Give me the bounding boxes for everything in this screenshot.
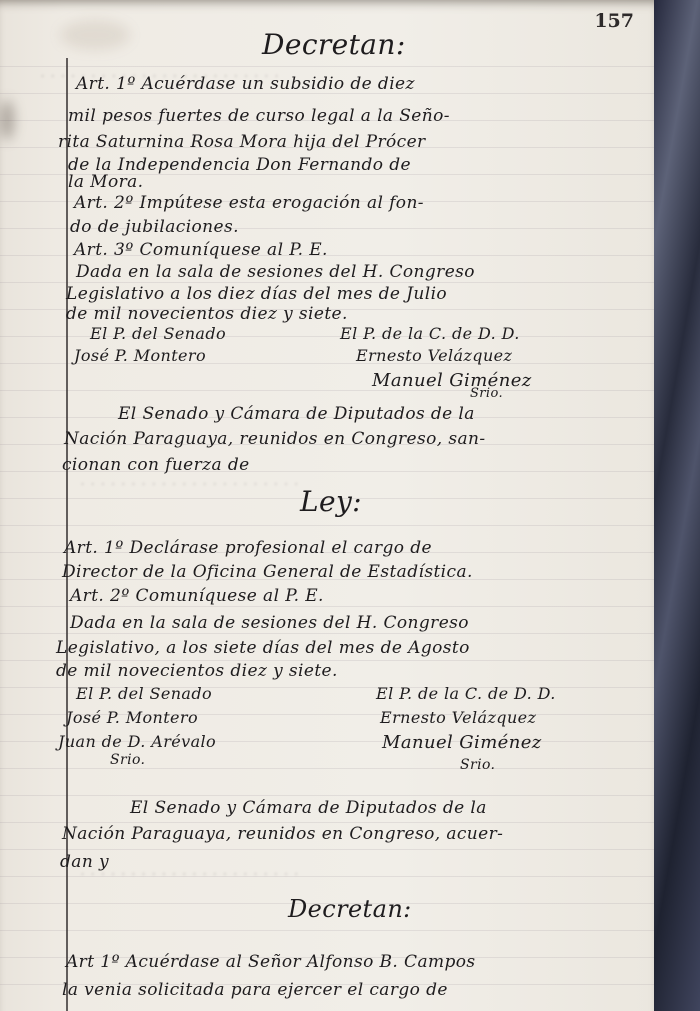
ledger-page: . . . . . . . . . . . . . . . . . . . . … [0, 0, 654, 1011]
signature-title: El P. del Senado [90, 324, 226, 343]
text-line: Legislativo a los diez días del mes de J… [66, 284, 447, 304]
preamble-line: Nación Paraguaya, reunidos en Congreso, … [64, 429, 486, 449]
section2-heading: Ley: [300, 485, 362, 518]
text-line: Art. 1º Declárase profesional el cargo d… [64, 538, 432, 558]
stain [60, 20, 130, 50]
text-line: Art. 1º Acuérdase un subsidio de diez [76, 74, 415, 94]
section3-heading: Decretan: [288, 895, 412, 923]
preamble-line: dan y [60, 852, 109, 872]
text-line: la venia solicitada para ejercer el carg… [62, 980, 448, 1000]
signature-name: José P. Montero [66, 708, 198, 727]
text-line: Director de la Oficina General de Estadí… [62, 562, 473, 582]
text-line: la Mora. [68, 172, 143, 192]
signature-title: El P. de la C. de D. D. [376, 684, 556, 703]
signature-name: Manuel Giménez [372, 370, 532, 391]
text-line: Art. 2º Comuníquese al P. E. [70, 586, 324, 606]
text-line: de mil novecientos diez y siete. [66, 304, 348, 324]
signature-title: Srio. [110, 752, 145, 768]
signature-title: Srio. [460, 757, 495, 773]
text-line: Art 1º Acuérdase al Señor Alfonso B. Cam… [66, 952, 476, 972]
text-line: Dada en la sala de sesiones del H. Congr… [76, 262, 475, 282]
signature-name: Manuel Giménez [382, 732, 542, 753]
page-number: 157 [594, 10, 634, 32]
signature-name: Juan de D. Arévalo [58, 732, 216, 751]
text-line: Art. 3º Comuníquese al P. E. [74, 240, 328, 260]
text-line: rita Saturnina Rosa Mora hija del Prócer [58, 132, 426, 152]
signature-name: José P. Montero [74, 346, 206, 365]
text-line: mil pesos fuertes de curso legal a la Se… [68, 106, 450, 126]
preamble-line: cionan con fuerza de [62, 455, 250, 475]
stain [0, 100, 14, 140]
text-line: do de jubilaciones. [70, 217, 239, 237]
signature-title: El P. del Senado [76, 684, 212, 703]
preamble-line: El Senado y Cámara de Diputados de la [118, 404, 475, 424]
text-line: Legislativo, a los siete días del mes de… [56, 638, 470, 658]
signature-name: Ernesto Velázquez [356, 346, 512, 365]
text-line: de mil novecientos diez y siete. [56, 661, 338, 681]
text-line: Art. 2º Impútese esta erogación al fon- [74, 193, 424, 213]
preamble-line: El Senado y Cámara de Diputados de la [130, 798, 487, 818]
preamble-line: Nación Paraguaya, reunidos en Congreso, … [62, 824, 503, 844]
section1-heading: Decretan: [262, 28, 406, 61]
signature-name: Ernesto Velázquez [380, 708, 536, 727]
signature-title: Srio. [470, 386, 503, 401]
signature-title: El P. de la C. de D. D. [340, 324, 520, 343]
plastic-sleeve [652, 0, 700, 1011]
text-line: Dada en la sala de sesiones del H. Congr… [70, 613, 469, 633]
